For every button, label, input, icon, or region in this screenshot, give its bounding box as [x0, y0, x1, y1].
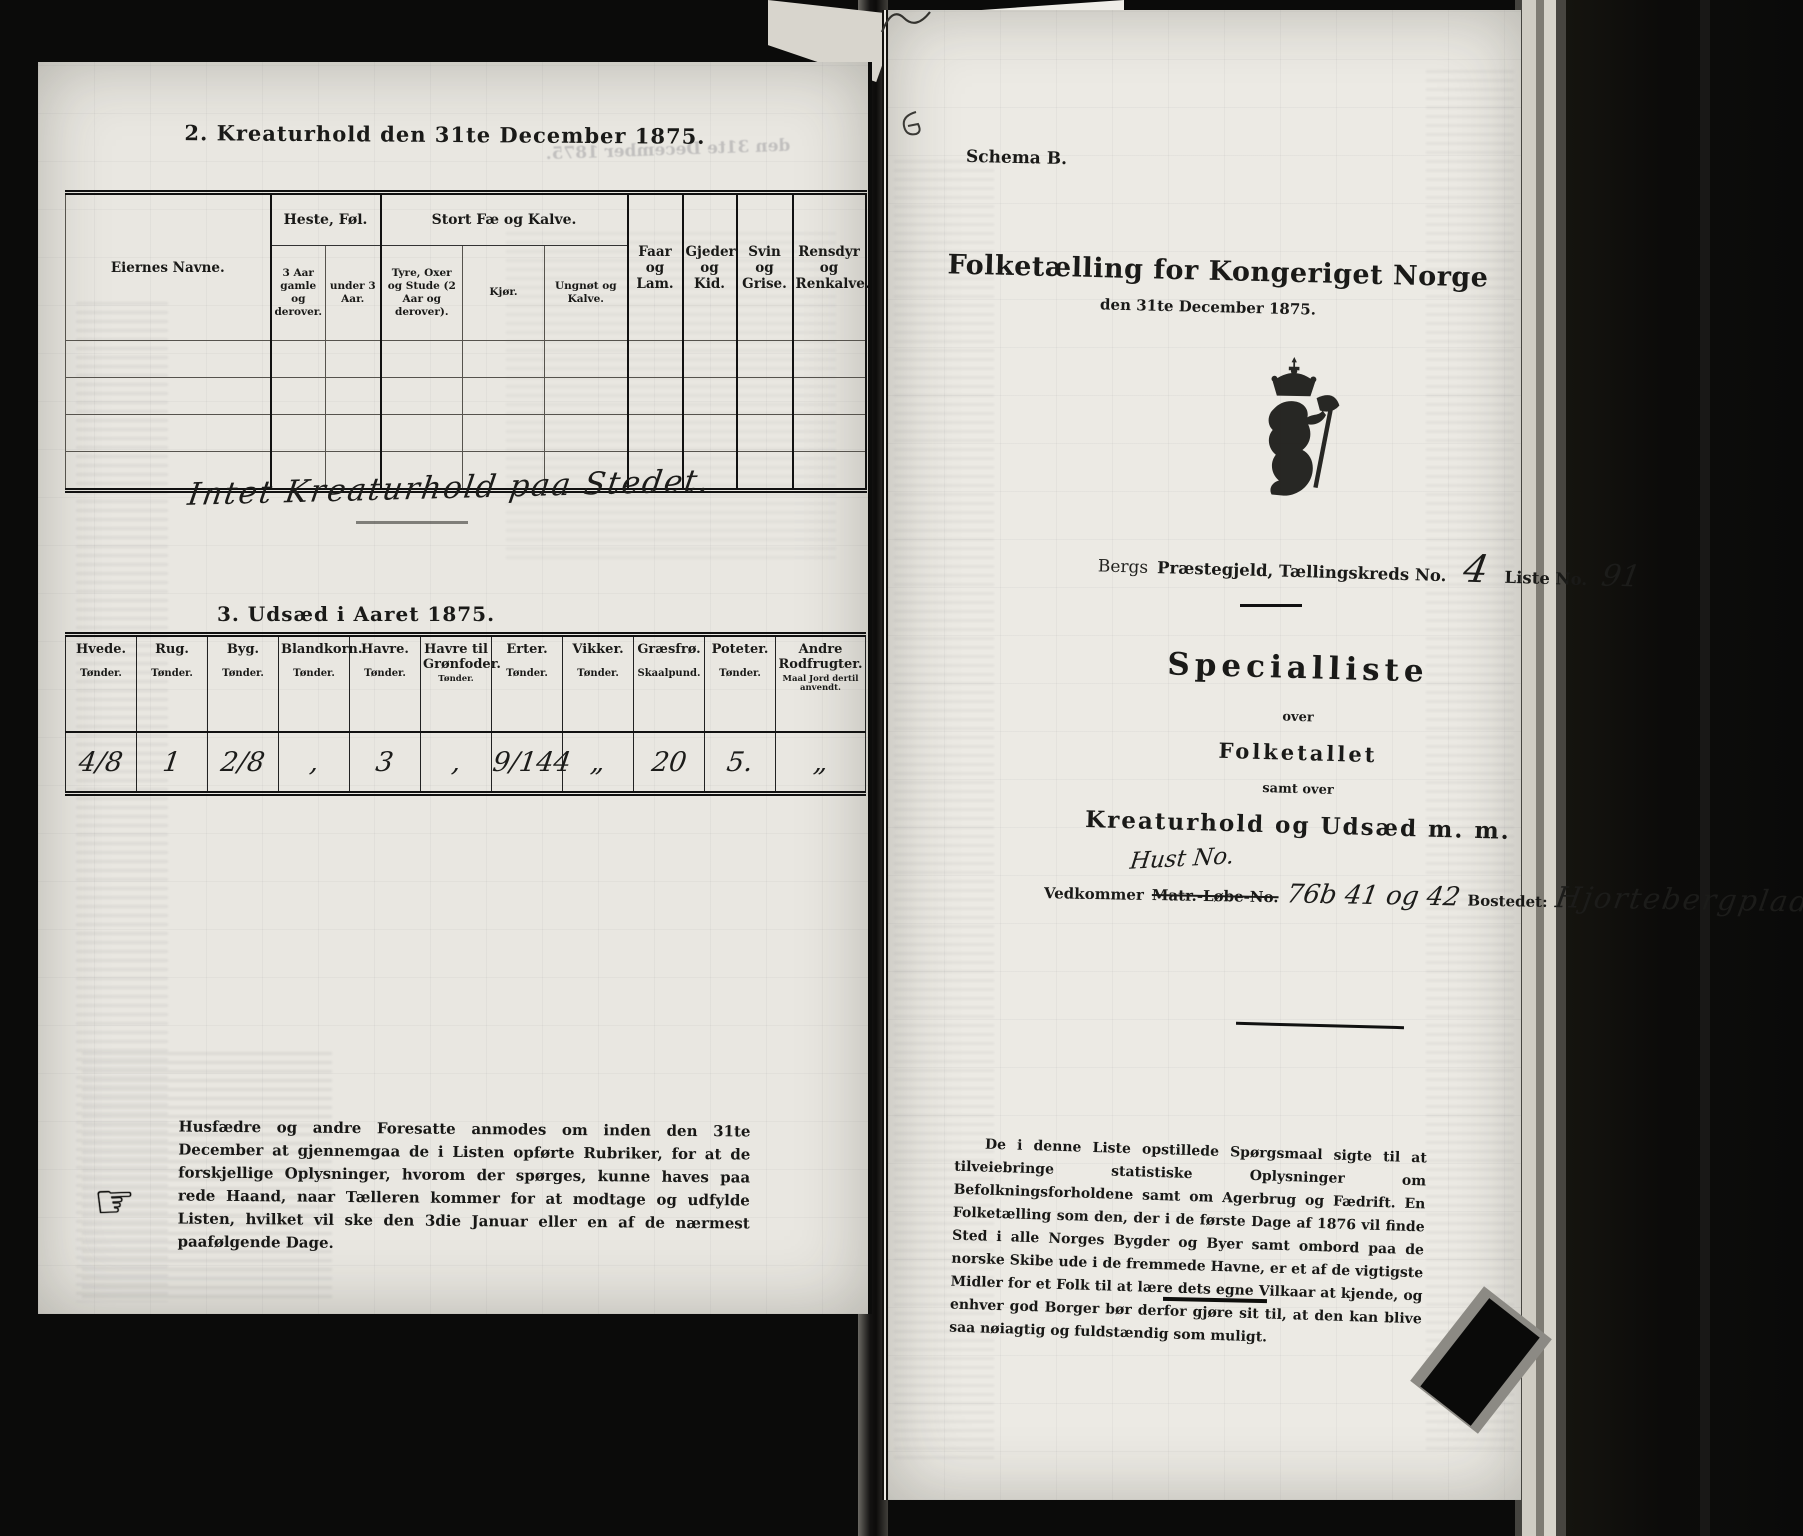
value-andre-rodfrugter: „	[811, 747, 829, 778]
value-blandkorn: ‚	[308, 747, 321, 778]
table-row-values: 4/8 1 2/8 ‚ 3 ‚ 9/144 „ 20 5. „	[66, 732, 866, 794]
list-title-samt-over: samt over	[1138, 778, 1458, 802]
col-header-svin-og-grise: Svin og Grise.	[737, 193, 793, 341]
col-header-hvede: Hvede. Tønder.	[66, 635, 137, 733]
col-unit: Tønder.	[68, 668, 134, 679]
value-hvede: 4/8	[77, 747, 125, 778]
bostedet-label: Bostedet:	[1467, 892, 1547, 911]
col-unit: Tønder.	[565, 668, 631, 679]
census-main-title: Folketælling for Kongeriget Norge	[928, 249, 1509, 294]
col-header-havre: Havre. Tønder.	[350, 635, 421, 733]
handwritten-liste-number: 91	[1599, 559, 1643, 595]
subcol-kjoer: Kjør.	[463, 246, 545, 341]
col-header-graesfroe: Græsfrø. Skaalpund.	[634, 635, 705, 733]
subcol-under-3-aar: under 3 Aar.	[326, 246, 381, 341]
information-paragraph: De i denne Liste opstillede Spørgsmaal s…	[949, 1133, 1427, 1355]
value-byg: 2/8	[219, 747, 267, 778]
col-name: Andre Rodfrugter.	[778, 643, 863, 673]
handwritten-bosted-name: Hjortebergplads	[1553, 880, 1803, 919]
col-unit: Tønder.	[352, 668, 418, 679]
col-name: Poteter.	[707, 643, 773, 658]
handwritten-underline	[356, 521, 468, 524]
col-unit: Tønder.	[139, 668, 205, 679]
udsaed-table: Hvede. Tønder. Rug. Tønder. Byg. Tønder.…	[65, 632, 866, 796]
schema-label: Schema B.	[966, 147, 1067, 169]
list-title-kreaturhold-udsaed: Kreaturhold og Udsæd m. m.	[1048, 805, 1549, 846]
col-header-vikker: Vikker. Tønder.	[563, 635, 634, 733]
col-unit: Skaalpund.	[636, 668, 702, 679]
handwritten-kreds-number: 4	[1460, 547, 1492, 591]
value-havre: 3	[374, 747, 396, 778]
col-name: Byg.	[210, 643, 276, 658]
matr-loebe-no-label-struck: Matr.-Løbe-No.	[1152, 886, 1279, 906]
col-group-heste-foel: Heste, Føl.	[271, 193, 381, 246]
instruction-paragraph: Husfædre og andre Foresatte anmodes om i…	[177, 1116, 750, 1259]
value-poteter: 5.	[725, 747, 755, 778]
table-row	[66, 378, 866, 415]
scan-background	[1566, 0, 1803, 1536]
left-page: den 31te December 1875. 2. Kreaturhold d…	[38, 62, 872, 1314]
col-header-eiernes-navne: Eiernes Navne.	[66, 193, 271, 341]
value-havre-til-groenfoder: ‚	[450, 747, 463, 778]
value-rug: 1	[161, 747, 183, 778]
col-header-havre-til-groenfoder: Havre til Grønfoder. Tønder.	[421, 635, 492, 733]
col-unit: Tønder.	[210, 668, 276, 679]
list-title-folketallet: Folketallet	[1138, 736, 1459, 770]
col-header-andre-rodfrugter: Andre Rodfrugter. Maal Jord dertil anven…	[776, 635, 866, 733]
pen-squiggle	[896, 108, 926, 142]
col-header-rug: Rug. Tønder.	[137, 635, 208, 733]
census-main-subtitle: den 31te December 1875.	[928, 291, 1488, 323]
scan-page-stack-edge	[1522, 0, 1536, 1536]
col-name: Vikker.	[565, 643, 631, 658]
col-header-blandkorn: Blandkorn. Tønder.	[279, 635, 350, 733]
manicule-icon: ☞	[93, 1173, 136, 1228]
col-header-gjeder-og-kid: Gjeder og Kid.	[683, 193, 737, 341]
list-title-over: over	[1138, 706, 1458, 730]
subcol-3-aar-gamle: 3 Aar gamle og derover.	[271, 246, 326, 341]
col-unit: Tønder.	[707, 668, 773, 679]
col-name: Græsfrø.	[636, 643, 702, 658]
col-unit: Tønder.	[281, 668, 347, 679]
col-header-faar-og-lam: Faar og Lam.	[628, 193, 683, 341]
handwritten-hust-no: Hust No.	[1128, 843, 1235, 875]
scan-page-stack-edge	[1556, 0, 1566, 1536]
table-row	[66, 341, 866, 378]
col-name: Blandkorn.	[281, 643, 347, 658]
subcol-tyre-oxer-stude: Tyre, Oxer og Stude (2 Aar og derover).	[381, 246, 463, 341]
section3-title: 3. Udsæd i Aaret 1875.	[65, 602, 647, 626]
section2-title: 2. Kreaturhold den 31te December 1875.	[65, 119, 825, 149]
scan-page-stack-edge	[1536, 0, 1544, 1536]
scan-page-stack-edge	[1544, 0, 1556, 1536]
parish-name: Bergs	[1098, 556, 1149, 577]
col-name: Havre.	[352, 643, 418, 658]
col-group-stort-fae-og-kalve: Stort Fæ og Kalve.	[381, 193, 628, 246]
subcol-ungnoet-og-kalve: Ungnøt og Kalve.	[545, 246, 628, 341]
value-graesfroe: 20	[650, 747, 689, 778]
col-name: Havre til Grønfoder.	[423, 643, 489, 673]
district-printed-label: Præstegjeld, Tællingskreds No.	[1157, 558, 1447, 585]
liste-printed-label: Liste No.	[1504, 568, 1587, 589]
right-page: Schema B. Folketælling for Kongeriget No…	[882, 10, 1521, 1500]
col-unit: Tønder.	[494, 668, 560, 679]
col-header-byg: Byg. Tønder.	[208, 635, 279, 733]
scan-page-stack-edge	[1700, 0, 1710, 1536]
col-header-erter: Erter. Tønder.	[492, 635, 563, 733]
col-header-rensdyr-og-renkalve: Rensdyr og Renkalve.	[793, 193, 866, 341]
col-name: Rug.	[139, 643, 205, 658]
col-unit: Tønder.	[423, 675, 489, 684]
col-name: Hvede.	[68, 643, 134, 658]
value-erter: 9/144	[491, 747, 573, 778]
handwritten-matr-number: 76b 41 og 42	[1284, 879, 1462, 912]
col-name: Erter.	[494, 643, 560, 658]
list-title-specialliste: Specialliste	[1138, 646, 1459, 691]
value-vikker: „	[589, 747, 607, 778]
vedkommer-label: Vedkommer	[1044, 884, 1144, 904]
coat-of-arms-norway	[1239, 353, 1348, 513]
col-header-poteter: Poteter. Tønder.	[705, 635, 776, 733]
divider-rule	[1236, 1022, 1404, 1029]
col-unit: Maal Jord dertil anvendt.	[778, 675, 863, 694]
pen-squiggle	[878, 2, 938, 42]
table-row	[66, 415, 866, 452]
kreaturhold-table: Eiernes Navne. Heste, Føl. Stort Fæ og K…	[65, 190, 867, 493]
divider-rule	[1240, 604, 1302, 607]
